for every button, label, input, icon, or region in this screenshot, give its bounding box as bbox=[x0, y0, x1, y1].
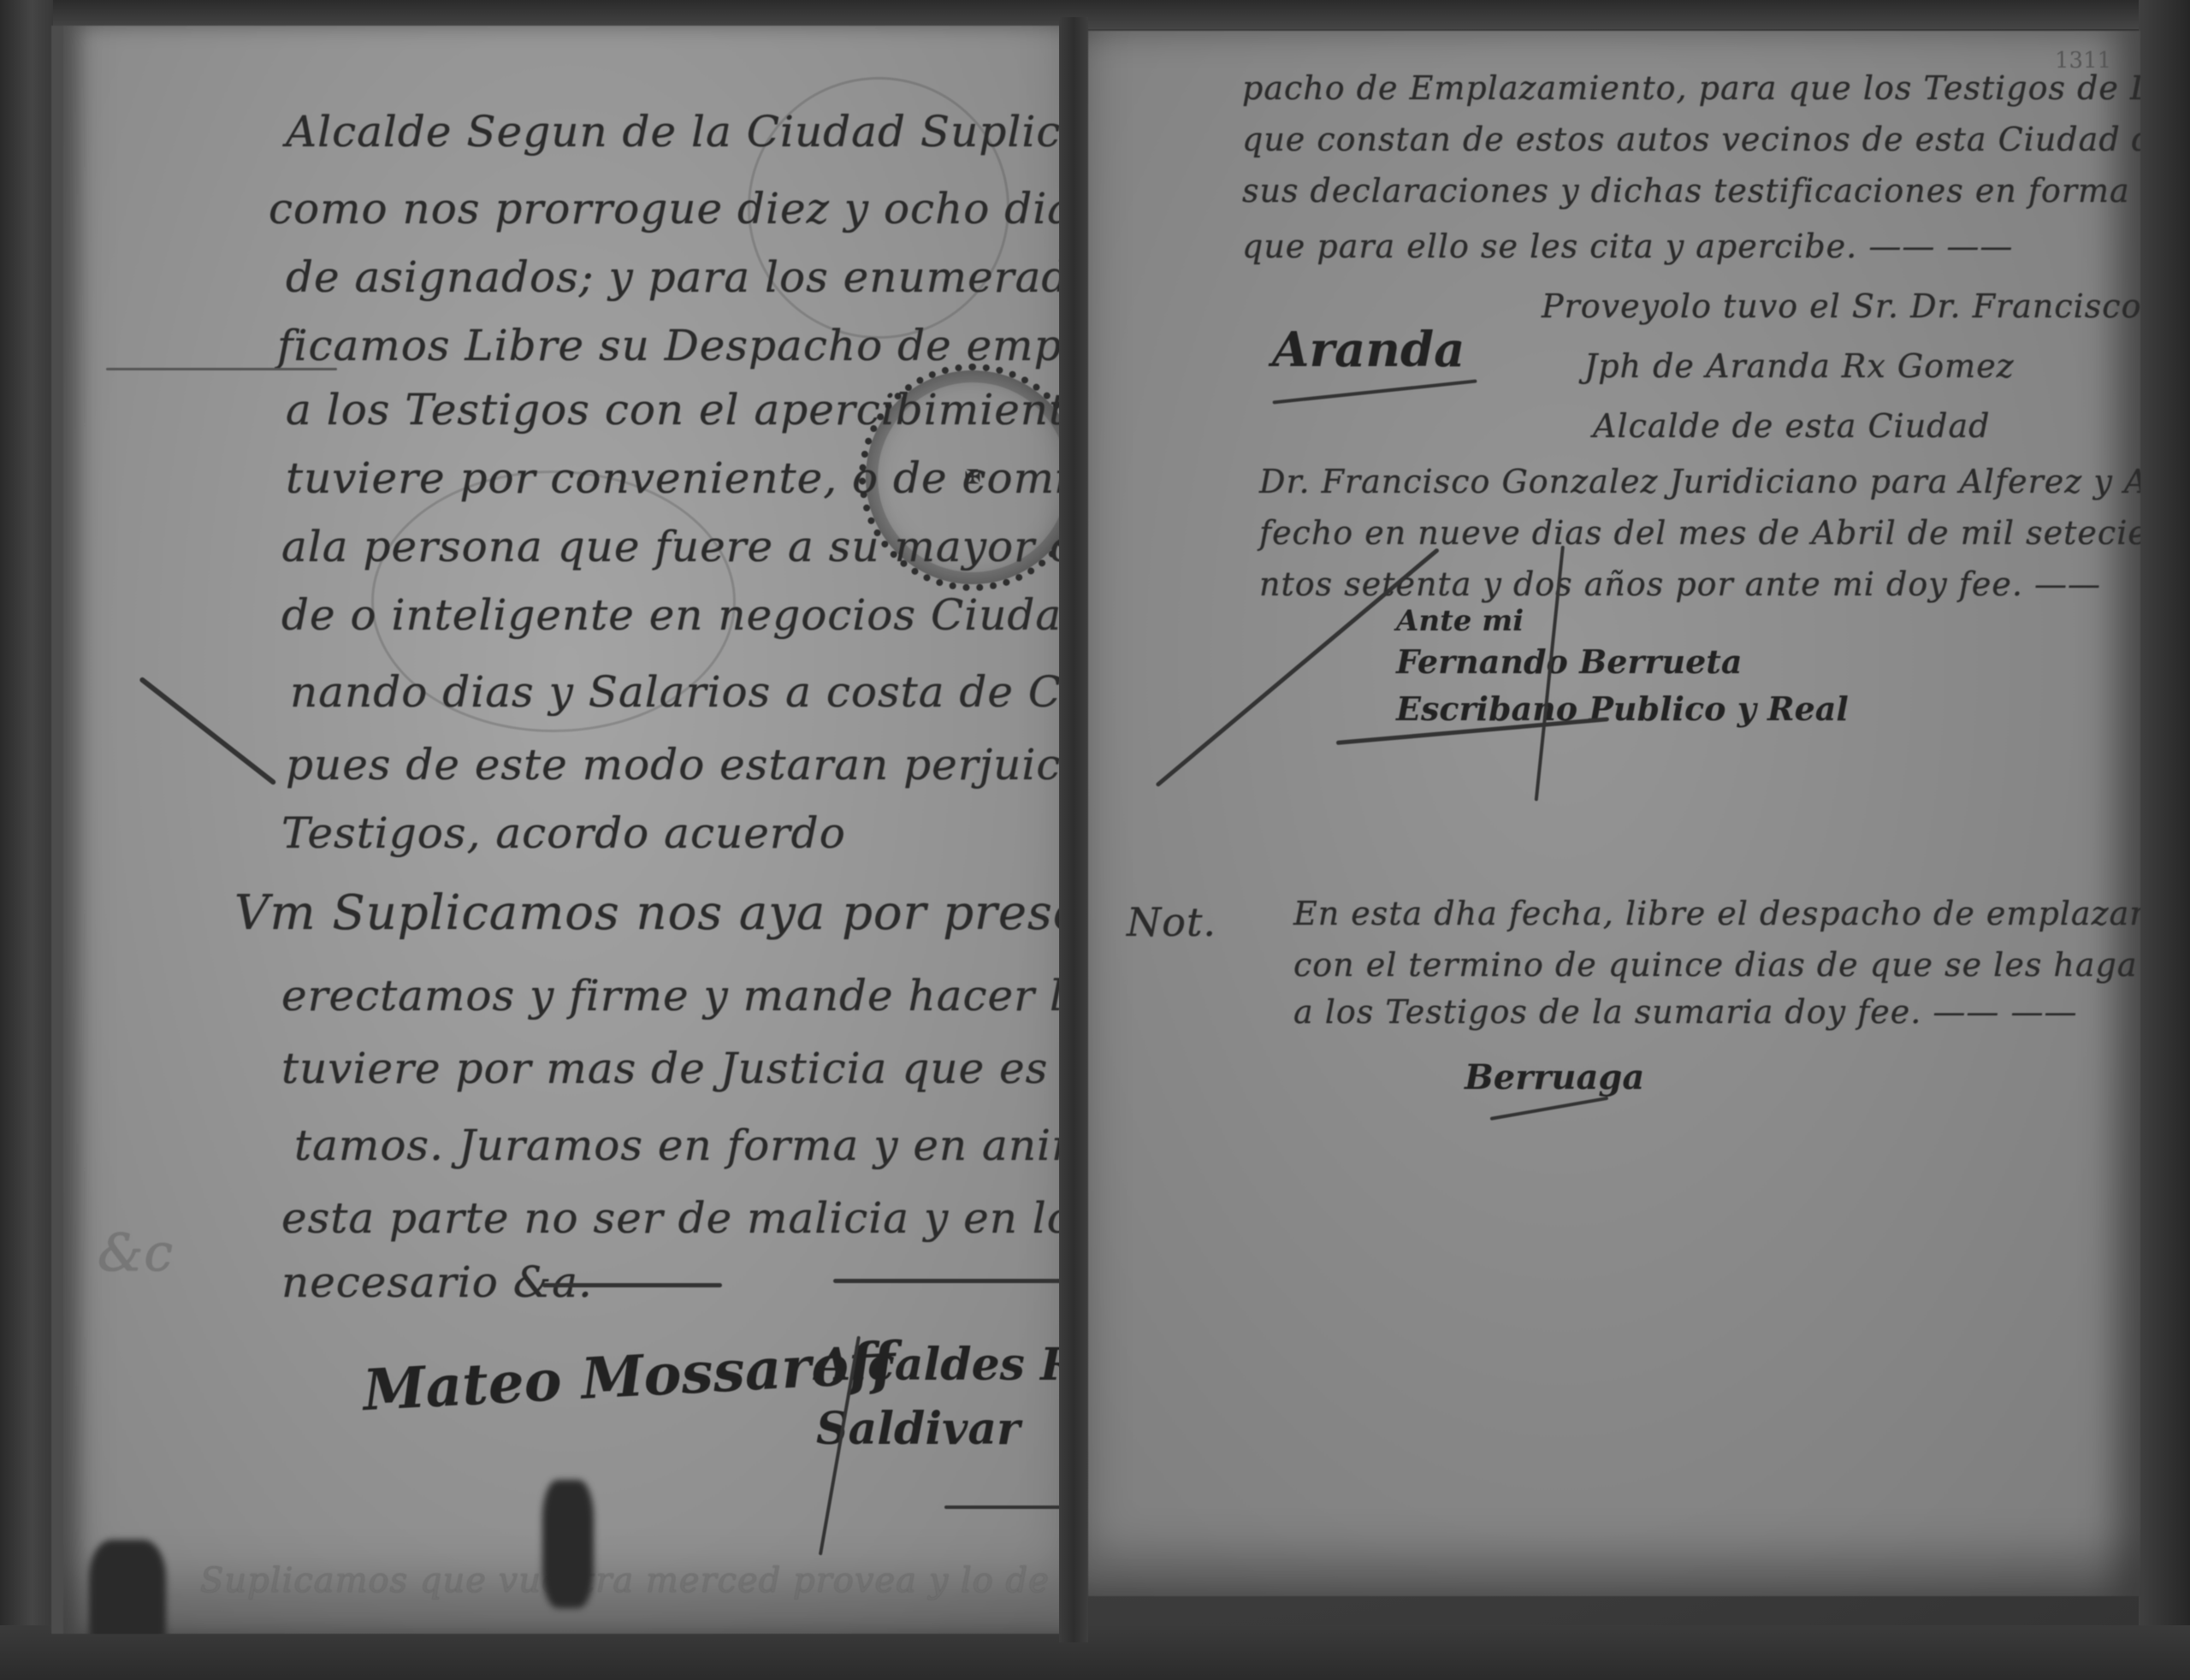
aranda-signature: Aranda bbox=[1272, 322, 1465, 378]
manuscript-line: nando dias y Salarios a costa de Culpa bbox=[290, 667, 1073, 717]
scan-border-left bbox=[0, 0, 53, 1680]
manuscript-line: pues de este modo estaran perjuicios a d… bbox=[286, 740, 1073, 790]
left-page: ✠ Alcalde Segun de la Ciudad Suplicamos … bbox=[51, 26, 1073, 1634]
marginal-note: &c bbox=[98, 1223, 174, 1283]
right-page: 1311 pacho de Emplazamiento, para que lo… bbox=[1088, 31, 2140, 1596]
scan-border-top bbox=[0, 0, 2190, 29]
manuscript-line: sus declaraciones y dichas testificacion… bbox=[1242, 172, 2130, 210]
manuscript-line: de o inteligente en negocios Ciudadales … bbox=[281, 590, 1073, 640]
margin-label: Not. bbox=[1127, 899, 1216, 945]
notary-name: Fernando Berrueta bbox=[1396, 642, 1742, 681]
manuscript-line: ntos setenta y dos años por ante mi doy … bbox=[1259, 565, 2101, 603]
manuscript-line: tamos. Juramos en forma y en anima de bbox=[294, 1121, 1073, 1170]
manuscript-line: a los Testigos con el apercibimiento bbox=[286, 385, 1073, 435]
note-line: a los Testigos de la sumaria doy fee. ——… bbox=[1293, 993, 2077, 1031]
scan-border-right bbox=[2139, 0, 2190, 1680]
manuscript-line: Proveyolo tuvo el Sr. Dr. Francisco bbox=[1542, 287, 2140, 325]
manuscript-line: de asignados; y para los enumerados Varr… bbox=[286, 252, 1073, 302]
manuscript-line: pacho de Emplazamiento, para que los Tes… bbox=[1242, 69, 2140, 107]
book-gutter bbox=[1059, 17, 1088, 1642]
manuscript-line: como nos prorrogue diez y ocho dias mas … bbox=[269, 184, 1073, 234]
signature-underline bbox=[944, 1505, 1073, 1509]
manuscript-line: ala persona que fuere a su mayor como bbox=[281, 522, 1073, 571]
manuscript-line: fecho en nueve dias del mes de Abril de … bbox=[1259, 514, 2140, 552]
note-line: En esta dha fecha, libre el despacho de … bbox=[1293, 895, 2140, 932]
line-filler-rule bbox=[542, 1283, 722, 1287]
manuscript-line: ficamos Libre su Despacho de emplazam bbox=[277, 321, 1073, 370]
note-line: con el termino de quince dias de que se … bbox=[1293, 946, 2140, 984]
manuscript-line: que constan de estos autos vecinos de es… bbox=[1242, 121, 2140, 158]
manuscript-line: necesario &a. bbox=[281, 1257, 593, 1307]
manuscript-line: esta parte no ser de malicia y en lo mas bbox=[281, 1193, 1073, 1243]
manuscript-line: erectamos y firme y mande hacer lo que bbox=[281, 971, 1073, 1020]
manuscript-line: Alcalde Segun de la Ciudad Suplicamos bbox=[286, 107, 1073, 157]
manuscript-line: Vm Suplicamos nos aya por presentado bbox=[234, 885, 1073, 941]
note-signature: Berruaga bbox=[1465, 1057, 1644, 1097]
manuscript-line: Alcalde de esta Ciudad bbox=[1593, 407, 1990, 445]
notary-title: Escribano Publico y Real bbox=[1396, 689, 1849, 728]
clip-shadow bbox=[89, 1540, 166, 1634]
manuscript-line: Testigos, acordo acuerdo bbox=[281, 808, 846, 858]
signature-underline bbox=[1272, 379, 1477, 404]
manuscript-line: tuviere por conveniente, o de comision bbox=[286, 453, 1073, 503]
faded-line: Suplicamos que vuestra merced provea y l… bbox=[200, 1561, 1073, 1600]
notary-ante-mi: Ante mi bbox=[1396, 604, 1524, 638]
manuscript-line: Dr. Francisco Gonzalez Juridiciano para … bbox=[1259, 463, 2140, 500]
manuscript-line: Jph de Aranda Rx Gomez bbox=[1584, 347, 2015, 385]
pen-stroke bbox=[139, 677, 276, 786]
note-signature-underline bbox=[1490, 1097, 1609, 1121]
manuscript-line: tuviere por mas de Justicia que es la qu… bbox=[281, 1044, 1073, 1093]
manuscript-scan: ✠ Alcalde Segun de la Ciudad Suplicamos … bbox=[0, 0, 2190, 1680]
margin-rule bbox=[106, 368, 337, 370]
manuscript-line: que para ello se les cita y apercibe. ——… bbox=[1242, 228, 2013, 265]
line-filler-rule bbox=[833, 1279, 1073, 1283]
ink-stain bbox=[542, 1480, 594, 1608]
